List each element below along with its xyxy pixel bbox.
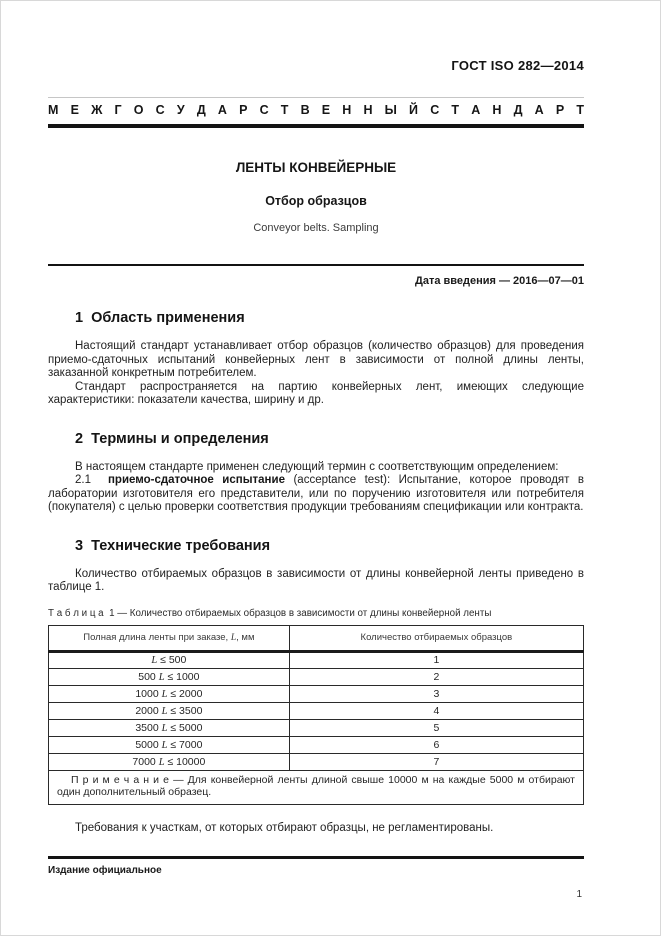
doc-number: ГОСТ ISO 282—2014 <box>48 58 584 73</box>
table-row: L ≤ 5001 <box>49 651 584 668</box>
closing-paragraph: Требования к участкам, от которых отбира… <box>48 822 584 836</box>
length-variable: L <box>162 723 168 734</box>
length-variable: L <box>151 655 157 666</box>
edition-note: Издание официальное <box>48 865 584 876</box>
title-divider-rule <box>48 264 584 266</box>
sample-count-cell: 3 <box>289 685 583 702</box>
belt-length-cell: 7000 L ≤ 10000 <box>49 753 290 770</box>
table-row: 500 L ≤ 10002 <box>49 668 584 685</box>
length-variable: L <box>231 633 236 643</box>
table-row: 2000 L ≤ 35004 <box>49 702 584 719</box>
table-note: П р и м е ч а н и е — Для конвейерной ле… <box>57 774 575 799</box>
belt-length-cell: 2000 L ≤ 3500 <box>49 702 290 719</box>
scope-paragraph-1: Настоящий стандарт устанавливает отбор о… <box>48 340 584 381</box>
table-header-belt-length: Полная длина ленты при заказе, L, мм <box>49 625 290 651</box>
table-row: 7000 L ≤ 100007 <box>49 753 584 770</box>
length-variable: L <box>162 689 168 700</box>
document-title-en: Conveyor belts. Sampling <box>48 222 584 234</box>
requirements-paragraph-1: Количество отбираемых образцов в зависим… <box>48 568 584 595</box>
samples-table: Полная длина ленты при заказе, L, мм Кол… <box>48 625 584 805</box>
page-number: 1 <box>48 889 584 900</box>
belt-length-cell: 5000 L ≤ 7000 <box>49 736 290 753</box>
section-heading-scope: 1 Область применения <box>48 310 584 326</box>
document-title-ru: ЛЕНТЫ КОНВЕЙЕРНЫЕ <box>48 160 584 175</box>
length-variable: L <box>162 740 168 751</box>
belt-length-cell: L ≤ 500 <box>49 651 290 668</box>
table-note-cell: П р и м е ч а н и е — Для конвейерной ле… <box>49 770 584 804</box>
document-subtitle-ru: Отбор образцов <box>48 194 584 208</box>
length-variable: L <box>162 706 168 717</box>
length-variable: L <box>159 672 165 683</box>
table-body: L ≤ 5001500 L ≤ 100021000 L ≤ 200032000 … <box>49 651 584 770</box>
header-rule-thin <box>48 97 584 98</box>
sample-count-cell: 1 <box>289 651 583 668</box>
table-caption: Т а б л и ц а 1 — Количество отбираемых … <box>48 608 584 619</box>
table-header-sample-count: Количество отбираемых образцов <box>289 625 583 651</box>
length-variable: L <box>159 757 165 768</box>
standard-type-label: М Е Ж Г О С У Д А Р С Т В Е Н Н Ы Й С Т … <box>48 103 584 117</box>
belt-length-cell: 1000 L ≤ 2000 <box>49 685 290 702</box>
table-row: 1000 L ≤ 20003 <box>49 685 584 702</box>
sample-count-cell: 4 <box>289 702 583 719</box>
scope-paragraph-2: Стандарт распространяется на партию конв… <box>48 381 584 408</box>
terms-definition-paragraph: 2.1 приемо-сдаточное испытание (acceptan… <box>48 474 584 515</box>
section-heading-terms: 2 Термины и определения <box>48 431 584 447</box>
note-label: П р и м е ч а н и е <box>71 774 169 786</box>
sample-count-cell: 5 <box>289 719 583 736</box>
document-page: ГОСТ ISO 282—2014 М Е Ж Г О С У Д А Р С … <box>0 0 661 936</box>
sample-count-cell: 6 <box>289 736 583 753</box>
table-row: 3500 L ≤ 50005 <box>49 719 584 736</box>
sample-count-cell: 2 <box>289 668 583 685</box>
belt-length-cell: 3500 L ≤ 5000 <box>49 719 290 736</box>
table-note-row: П р и м е ч а н и е — Для конвейерной ле… <box>49 770 584 804</box>
table-row: 5000 L ≤ 70006 <box>49 736 584 753</box>
header-rule-thick <box>48 124 584 128</box>
table-header-row: Полная длина ленты при заказе, L, мм Кол… <box>49 625 584 651</box>
term-number: 2.1 <box>75 474 108 486</box>
footer-rule <box>48 856 584 859</box>
term-name: приемо-сдаточное испытание <box>108 474 285 486</box>
terms-paragraph-1: В настоящем стандарте применен следующий… <box>48 461 584 475</box>
section-heading-requirements: 3 Технические требования <box>48 538 584 554</box>
introduction-date: Дата введения — 2016—07—01 <box>48 275 584 287</box>
belt-length-cell: 500 L ≤ 1000 <box>49 668 290 685</box>
sample-count-cell: 7 <box>289 753 583 770</box>
